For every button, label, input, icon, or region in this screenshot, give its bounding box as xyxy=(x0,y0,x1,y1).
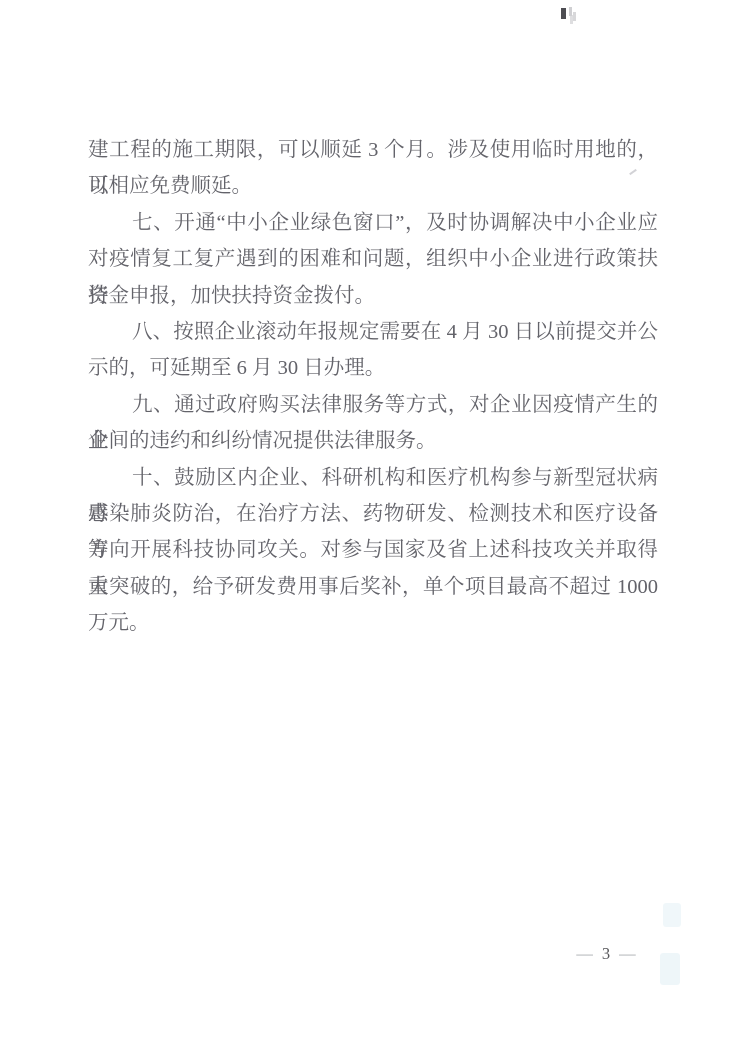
page-number-value: 3 xyxy=(602,944,610,963)
page-number-dash-right: — xyxy=(619,944,636,963)
page-number: —3— xyxy=(558,944,654,964)
page-number-dash-left: — xyxy=(576,944,593,963)
text-line: 建工程的施工期限，可以顺延 3 个月。涉及使用临时用地的，可 xyxy=(88,132,658,168)
text-line: 业间的违约和纠纷情况提供法律服务。 xyxy=(88,423,658,459)
text-line: 方向开展科技协同攻关。对参与国家及省上述科技攻关并取得重 xyxy=(88,532,658,568)
text-line: 资金申报，加快扶持资金拨付。 xyxy=(88,278,658,314)
text-line: 九、通过政府购买法律服务等方式，对企业因疫情产生的企 xyxy=(88,387,658,423)
paragraph-item-6-continuation: 建工程的施工期限，可以顺延 3 个月。涉及使用临时用地的，可 以相应免费顺延。 xyxy=(88,132,658,205)
text-line: 对疫情复工复产遇到的困难和问题，组织中小企业进行政策扶持 xyxy=(88,241,658,277)
paragraph-item-7: 七、开通“中小企业绿色窗口”，及时协调解决中小企业应 对疫情复工复产遇到的困难和… xyxy=(88,205,658,314)
text-line: 八、按照企业滚动年报规定需要在 4 月 30 日以前提交并公 xyxy=(88,314,658,350)
scan-stain-artifact xyxy=(663,903,681,927)
paragraph-item-10: 十、鼓励区内企业、科研机构和医疗机构参与新型冠状病毒 感染肺炎防治，在治疗方法、… xyxy=(88,460,658,642)
text-line: 示的，可延期至 6 月 30 日办理。 xyxy=(88,350,658,386)
text-line: 十、鼓励区内企业、科研机构和医疗机构参与新型冠状病毒 xyxy=(88,460,658,496)
text-line: 感染肺炎防治，在治疗方法、药物研发、检测技术和医疗设备等 xyxy=(88,496,658,532)
paragraph-item-8: 八、按照企业滚动年报规定需要在 4 月 30 日以前提交并公 示的，可延期至 6… xyxy=(88,314,658,387)
scan-stain-artifact xyxy=(660,953,680,985)
text-line: 七、开通“中小企业绿色窗口”，及时协调解决中小企业应 xyxy=(88,205,658,241)
document-body-text: 建工程的施工期限，可以顺延 3 个月。涉及使用临时用地的，可 以相应免费顺延。 … xyxy=(88,132,658,641)
text-line: 以相应免费顺延。 xyxy=(88,168,658,204)
scan-smudge-artifact xyxy=(561,8,566,19)
text-line: 大突破的，给予研发费用事后奖补，单个项目最高不超过 1000 xyxy=(88,569,658,605)
text-line: 万元。 xyxy=(88,605,658,641)
scanned-document-page: 建工程的施工期限，可以顺延 3 个月。涉及使用临时用地的，可 以相应免费顺延。 … xyxy=(0,0,745,1053)
paragraph-item-9: 九、通过政府购买法律服务等方式，对企业因疫情产生的企 业间的违约和纠纷情况提供法… xyxy=(88,387,658,460)
